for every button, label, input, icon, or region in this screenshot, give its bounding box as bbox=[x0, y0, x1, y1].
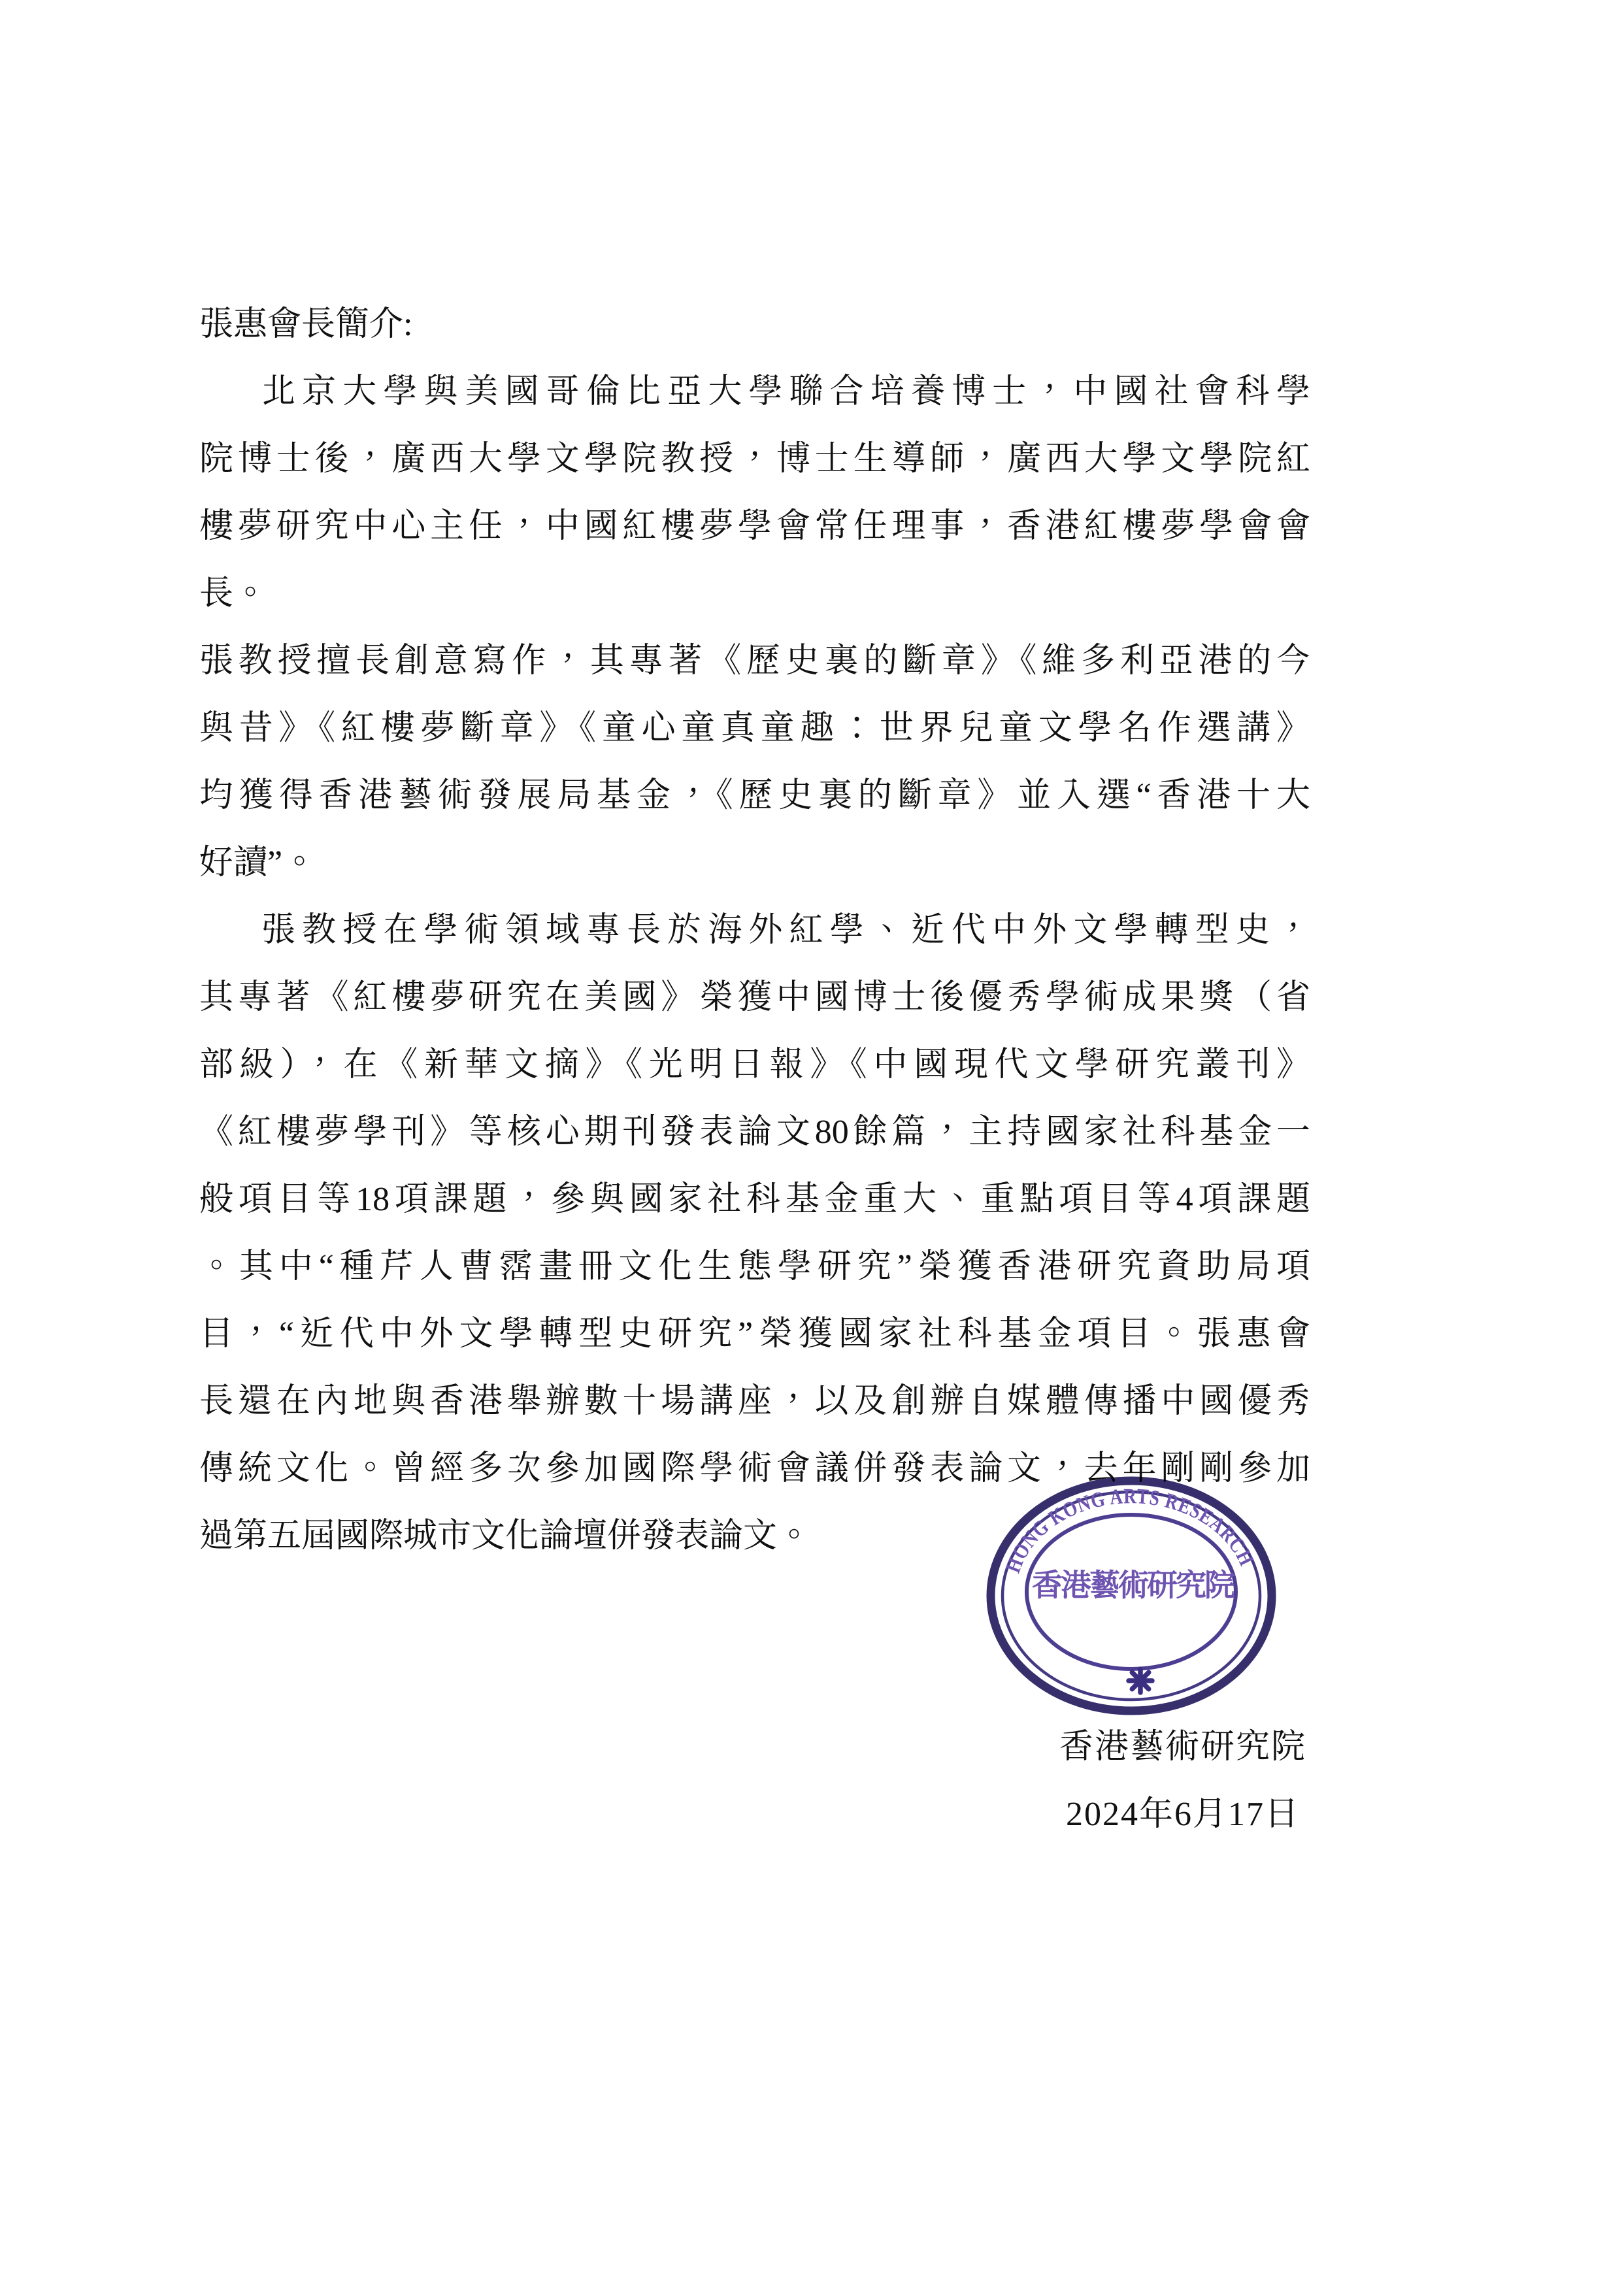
text-line: 。其中“種芹人曹霑畫冊文化生態學研究”榮獲香港研究資助局項 bbox=[199, 1233, 1310, 1300]
text-line: 與昔》《紅樓夢斷章》《童心童真童趣：世界兒童文學名作選講》 bbox=[199, 695, 1310, 762]
text-line: 北京大學與美國哥倫比亞大學聯合培養博士，中國社會科學 bbox=[199, 358, 1310, 425]
stamp-arc-text: HONG KONG ARTS RESEARCH bbox=[1001, 1485, 1258, 1576]
text-line: 樓夢研究中心主任，中國紅樓夢學會常任理事，香港紅樓夢學會會 bbox=[199, 493, 1310, 560]
letter-page: { "page": { "background": "#ffffff", "te… bbox=[0, 0, 1624, 2295]
text-line: 院博士後，廣西大學文學院教授，博士生導師，廣西大學文學院紅 bbox=[199, 425, 1310, 493]
official-stamp: HONG KONG ARTS RESEARCH 香港藝術研究院 bbox=[967, 1457, 1307, 1745]
document-body: 張惠會長簡介: 北京大學與美國哥倫比亞大學聯合培養博士，中國社會科學 院博士後，… bbox=[199, 291, 1310, 1570]
text-line: 般項目等18項課題，參與國家社科基金重大、重點項目等4項課題 bbox=[199, 1166, 1310, 1233]
text-line: 部級），在《新華文摘》《光明日報》《中國現代文學研究叢刊》 bbox=[199, 1031, 1310, 1098]
text-line: 《紅樓夢學刊》等核心期刊發表論文80餘篇，主持國家社科基金一 bbox=[199, 1098, 1310, 1166]
document-title: 張惠會長簡介: bbox=[199, 291, 1310, 358]
asterisk-icon bbox=[1129, 1669, 1152, 1692]
text-line: 張教授在學術領域專長於海外紅學、近代中外文學轉型史， bbox=[199, 897, 1310, 964]
text-line: 其專著《紅樓夢研究在美國》榮獲中國博士後優秀學術成果獎（省 bbox=[199, 964, 1310, 1031]
signature-date: 2024年6月17日 bbox=[974, 1781, 1392, 1848]
text-line: 長還在內地與香港舉辦數十場講座，以及創辦自媒體傳播中國優秀 bbox=[199, 1368, 1310, 1435]
text-line: 長。 bbox=[199, 560, 1310, 627]
text-line: 目，“近代中外文學轉型史研究”榮獲國家社科基金項目。張惠會 bbox=[199, 1300, 1310, 1368]
text-line: 好讀”。 bbox=[199, 829, 1310, 897]
stamp-center-text: 香港藝術研究院 bbox=[1032, 1569, 1235, 1603]
stamp-arc-text-group: HONG KONG ARTS RESEARCH bbox=[1001, 1485, 1258, 1576]
text-line: 張教授擅長創意寫作，其專著《歷史裏的斷章》《維多利亞港的今 bbox=[199, 627, 1310, 695]
text-line: 均獲得香港藝術發展局基金，《歷史裏的斷章》並入選“香港十大 bbox=[199, 762, 1310, 829]
